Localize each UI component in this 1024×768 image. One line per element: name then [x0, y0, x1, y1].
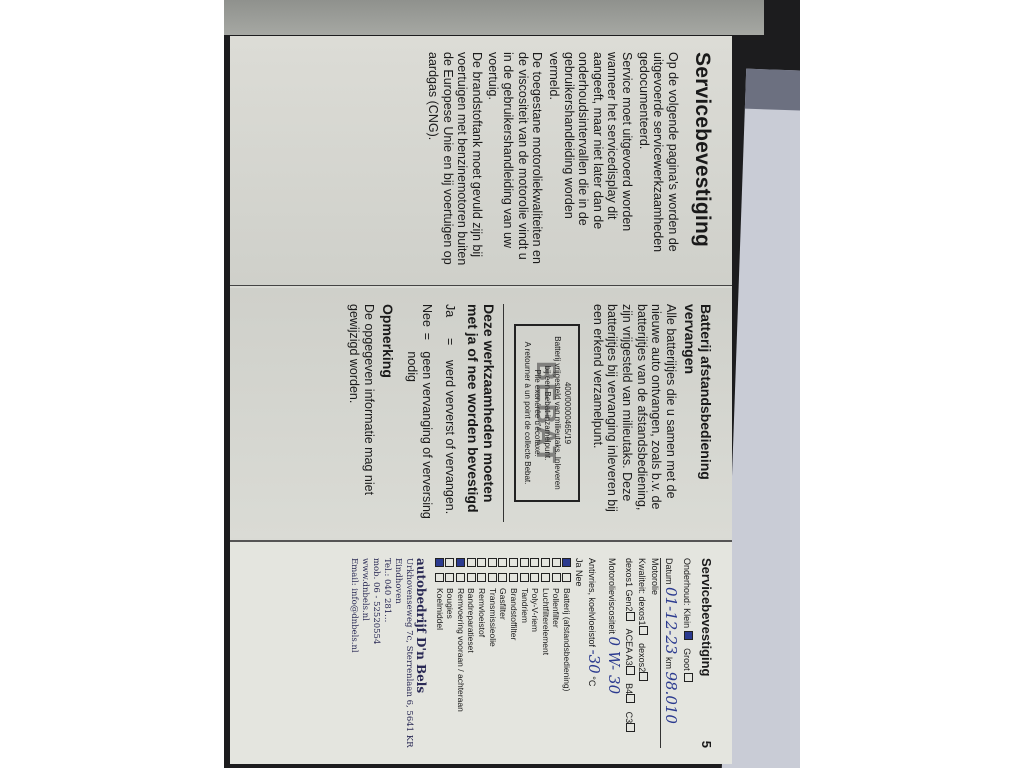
- battery-text: Alle batterijtjes die u samen met de nie…: [590, 304, 678, 522]
- remark-text: De opgegeven informatie mag niet gewijzi…: [347, 304, 376, 522]
- left-page: Servicebevestiging Op de volgende pagina…: [230, 36, 732, 286]
- nee-checkbox[interactable]: [509, 573, 518, 582]
- ja-checkbox[interactable]: [435, 558, 444, 567]
- middle-page: Batterij afstandsbediening vervangen All…: [230, 288, 732, 538]
- confirm-heading: Deze werkzaamheden moeten met ja of nee …: [465, 304, 497, 522]
- onderhoud-row: Onderhoud: Klein Groot: [680, 558, 693, 748]
- motorolie-label: Motorolie: [648, 558, 660, 748]
- service-checklist: Batterij (afstandsbediening)Pollenfilter…: [434, 558, 572, 748]
- ja-checkbox[interactable]: [520, 558, 529, 567]
- bebat-logo: BEBAT: [529, 334, 564, 492]
- checklist-item-label: Brandstoffilter: [508, 588, 519, 640]
- km-value[interactable]: 98.010: [662, 671, 680, 724]
- nee-checkbox[interactable]: [477, 573, 486, 582]
- checklist-item: Bandreparatieset: [466, 558, 477, 748]
- nee-checkbox[interactable]: [541, 573, 550, 582]
- fuel-paragraph: De brandstoftank moet gevuld zijn bij vo…: [425, 52, 484, 269]
- checklist-item-label: Bandreparatieset: [466, 588, 477, 653]
- divider: [503, 304, 504, 522]
- antifreeze-label: Antivries, koelvloeistof: [587, 558, 597, 647]
- checklist-item: Batterij (afstandsbediening): [561, 558, 572, 748]
- nee-checkbox[interactable]: [530, 573, 539, 582]
- groot-checkbox[interactable]: [684, 673, 693, 682]
- viscosity-row: Motorolieviscositeit 0 W- 30: [603, 558, 623, 748]
- right-page: Servicebevestiging 5 Onderhoud: Klein Gr…: [230, 540, 732, 764]
- groot-label: Groot: [682, 648, 692, 671]
- checklist-item-label: Bougies: [445, 588, 456, 619]
- checklist-item-label: Poly-V-riem: [530, 588, 541, 632]
- oil-option: dexos2: [637, 643, 647, 672]
- booklet-cover-flap: [224, 0, 764, 35]
- service-booklet: Servicebevestiging Op de volgende pagina…: [230, 36, 732, 764]
- background-document: [722, 69, 800, 768]
- ja-checkbox[interactable]: [467, 558, 476, 567]
- oil-option: dexos1: [637, 597, 647, 626]
- oil-option: C3: [624, 712, 634, 724]
- checklist-item: Poly-V-riem: [530, 558, 541, 748]
- definition-value: geen vervanging of verversing nodig: [404, 351, 434, 522]
- antifreeze-row: Antivries, koelvloeistof -30 °C: [584, 558, 604, 748]
- ja-checkbox[interactable]: [541, 558, 550, 567]
- checklist-item: Pollenfilter: [551, 558, 562, 748]
- antifreeze-unit: °C: [587, 676, 597, 686]
- checklist-item: Bougies: [445, 558, 456, 748]
- dealer-mobile: mob. 06 - 52520554: [370, 558, 381, 748]
- oil-option: dexos1 Gen2: [624, 558, 634, 612]
- remark-heading: Opmerking: [380, 304, 396, 522]
- kwaliteit-label: Kwaliteit:: [637, 558, 647, 594]
- datum-label: Datum: [664, 558, 674, 585]
- datum-value[interactable]: 01-12-23: [662, 587, 680, 654]
- dealer-web: www.dnbels.nl: [359, 558, 370, 748]
- kwaliteit-row: Kwaliteit: dexos1 dexos2: [635, 558, 648, 748]
- dealer-name: autobedrijf D'n Bels: [414, 558, 428, 748]
- checklist-item-label: Koelmiddel: [434, 588, 445, 630]
- definition-key: Ja: [442, 304, 457, 338]
- oil-checkbox[interactable]: [639, 626, 648, 635]
- nee-checkbox[interactable]: [499, 573, 508, 582]
- checklist-item: Transmissieolie: [487, 558, 498, 748]
- col-nee: Nee: [574, 570, 584, 587]
- checklist-item-label: Tandriem: [519, 588, 530, 623]
- col-ja: Ja: [574, 558, 584, 568]
- checklist-item: Tandriem: [519, 558, 530, 748]
- definition-eq: =: [404, 333, 434, 352]
- nee-checkbox[interactable]: [488, 573, 497, 582]
- right-page-title: Servicebevestiging: [699, 558, 714, 677]
- oil-option: B4: [624, 683, 634, 694]
- oil-checkbox[interactable]: [626, 694, 635, 703]
- oil-checkbox[interactable]: [626, 666, 635, 675]
- ja-checkbox[interactable]: [499, 558, 508, 567]
- checklist-item: Brandstoffilter: [508, 558, 519, 748]
- viscosity-value[interactable]: 0 W- 30: [605, 637, 623, 695]
- km-label: km: [664, 657, 674, 669]
- definition-value: werd ververst of vervangen.: [442, 360, 457, 514]
- dealer-tel: Tel.: 040 281...: [381, 558, 392, 748]
- nee-checkbox[interactable]: [520, 573, 529, 582]
- ja-checkbox[interactable]: [456, 558, 465, 567]
- oil-checkbox[interactable]: [626, 723, 635, 732]
- klein-label: Klein: [682, 608, 692, 628]
- dealer-address: Urkhovenseweg 7c, Sterrenlaan 6, 5641 KR…: [392, 558, 414, 748]
- dealer-email: Email: info@dnbels.nl: [348, 558, 359, 748]
- checklist-item-label: Remvloeistof: [476, 588, 487, 637]
- left-page-title: Servicebevestiging: [690, 52, 714, 269]
- battery-heading: Batterij afstandsbediening vervangen: [682, 304, 714, 522]
- nee-checkbox[interactable]: [562, 573, 571, 582]
- checklist-item: Luchtfilterelement: [540, 558, 551, 748]
- ja-checkbox[interactable]: [488, 558, 497, 567]
- nee-checkbox[interactable]: [552, 573, 561, 582]
- onderhoud-label: Onderhoud:: [682, 558, 692, 606]
- ja-checkbox[interactable]: [509, 558, 518, 567]
- checklist-item: Koelmiddel: [434, 558, 445, 748]
- photo-background: Servicebevestiging Op de volgende pagina…: [224, 0, 800, 768]
- ja-checkbox[interactable]: [552, 558, 561, 567]
- oil-checkbox[interactable]: [639, 672, 648, 681]
- checklist-item-label: Transmissieolie: [487, 588, 498, 647]
- viscosity-label: Motorolieviscositeit: [607, 558, 617, 634]
- datum-row: Datum 01-12-23 km 98.010: [660, 558, 681, 748]
- definition-nee: Nee = geen vervanging of verversing nodi…: [404, 304, 434, 522]
- checklist-item-label: Batterij (afstandsbediening): [561, 588, 572, 691]
- nee-checkbox[interactable]: [435, 573, 444, 582]
- nee-checkbox[interactable]: [467, 573, 476, 582]
- definition-eq: =: [442, 338, 457, 360]
- checklist-item: Remvloeistof: [476, 558, 487, 748]
- checklist-item: Gasfilter: [498, 558, 509, 748]
- oil-checkbox[interactable]: [626, 612, 635, 621]
- checklist-header: Ja Nee: [572, 558, 584, 748]
- checklist-item-label: Gasfilter: [498, 588, 509, 620]
- oil-option: ACEA A3: [624, 629, 634, 666]
- checklist-item-label: Luchtfilterelement: [540, 588, 551, 655]
- nee-checkbox[interactable]: [445, 573, 454, 582]
- right-page-header: Servicebevestiging 5: [699, 558, 714, 748]
- ja-checkbox[interactable]: [445, 558, 454, 567]
- ja-checkbox[interactable]: [562, 558, 571, 567]
- bebat-stamp: BEBAT 400/00000465/19 Batterij vrijgeste…: [514, 324, 580, 502]
- ja-checkbox[interactable]: [530, 558, 539, 567]
- nee-checkbox[interactable]: [456, 573, 465, 582]
- kwaliteit-row-2: dexos1 Gen2 ACEA A3 B4 C3: [623, 558, 636, 748]
- background-document-bar: [745, 69, 800, 112]
- checklist-item: Remvoering vooraan / achteraan: [455, 558, 466, 748]
- definition-ja: Ja = werd ververst of vervangen.: [442, 304, 457, 522]
- service-paragraph: Service moet uitgevoerd worden wanneer h…: [546, 52, 634, 269]
- antifreeze-value[interactable]: -30: [585, 650, 603, 674]
- definition-key: Nee: [404, 304, 434, 333]
- page-number: 5: [699, 741, 714, 748]
- oil-paragraph: De toegestane motoroliekwaliteiten en de…: [486, 52, 545, 269]
- checklist-item-label: Pollenfilter: [551, 588, 562, 628]
- checklist-item-label: Remvoering vooraan / achteraan: [455, 588, 466, 712]
- ja-checkbox[interactable]: [477, 558, 486, 567]
- klein-checkbox[interactable]: [684, 631, 693, 640]
- intro-paragraph: Op de volgende pagina's worden de uitgev…: [636, 52, 680, 269]
